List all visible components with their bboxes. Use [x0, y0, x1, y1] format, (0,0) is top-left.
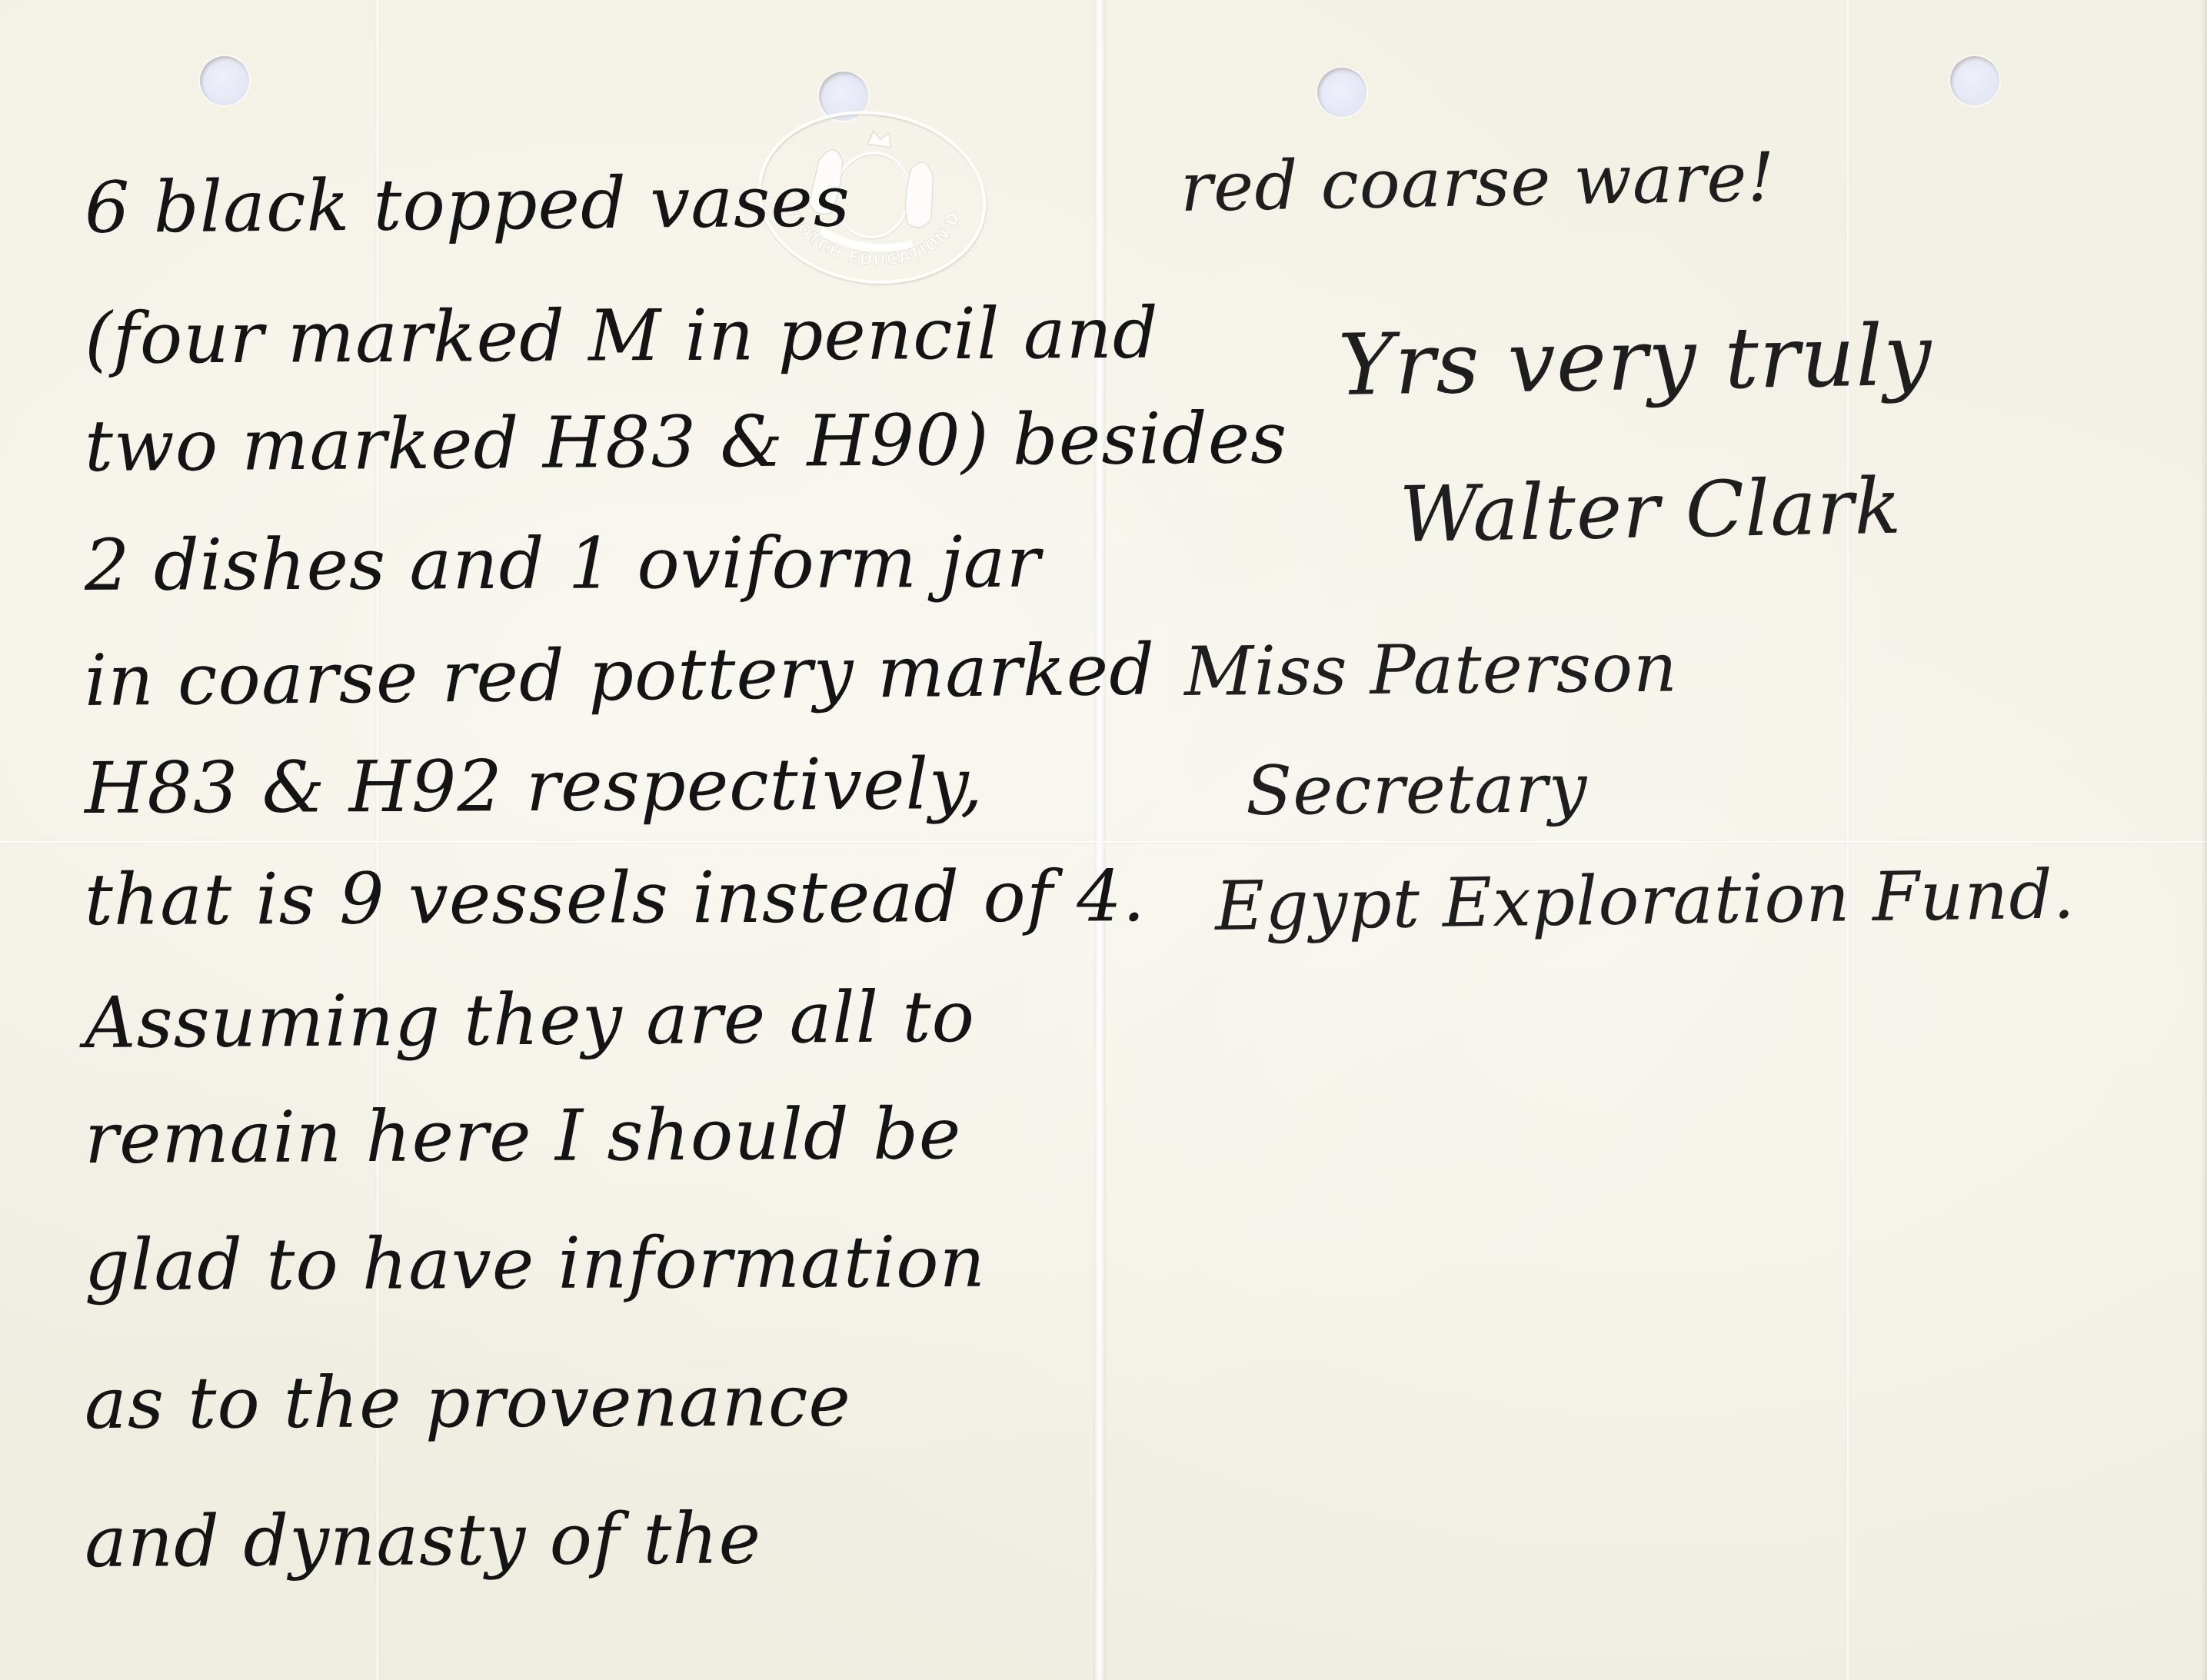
handwritten-line: as to the provenance: [85, 1366, 851, 1439]
handwritten-line: H83 & H92 respectively,: [85, 749, 984, 824]
handwritten-line: two marked H83 & H90) besides: [85, 403, 1288, 482]
punch-hole-icon: [1950, 56, 1999, 105]
addressee-name: Miss Paterson: [1184, 634, 1678, 706]
punch-hole-icon: [1317, 68, 1366, 117]
handwritten-line: 2 dishes and 1 oviform jar: [85, 527, 1041, 601]
handwritten-line: in coarse red pottery marked: [85, 634, 1156, 717]
handwritten-line: glad to have information: [85, 1227, 986, 1301]
handwritten-line: (four marked M in pencil and: [85, 298, 1159, 374]
handwritten-line: Assuming they are all to: [85, 982, 975, 1059]
letter-sheet: SCOTCH EDUCATION DEPARTMENT 6 black topp…: [0, 0, 2207, 1680]
handwritten-line: 6 black topped vases: [85, 166, 851, 244]
handwritten-line: remain here I should be: [85, 1099, 962, 1174]
addressee-organization: Egypt Exploration Fund.: [1214, 860, 2076, 940]
handwritten-line: and dynasty of the: [85, 1503, 761, 1578]
addressee-title: Secretary: [1246, 754, 1588, 825]
horizontal-fold-line: [0, 840, 2207, 844]
paper-edge-shadow: [2201, 0, 2207, 1680]
handwritten-line-continuation: red coarse ware!: [1180, 144, 1776, 221]
punch-hole-icon: [200, 56, 249, 105]
closing-salutation: Yrs very truly: [1337, 313, 1932, 408]
handwritten-line: that is 9 vessels instead of 4.: [85, 861, 1146, 936]
signature: Walter Clark: [1399, 468, 1902, 554]
